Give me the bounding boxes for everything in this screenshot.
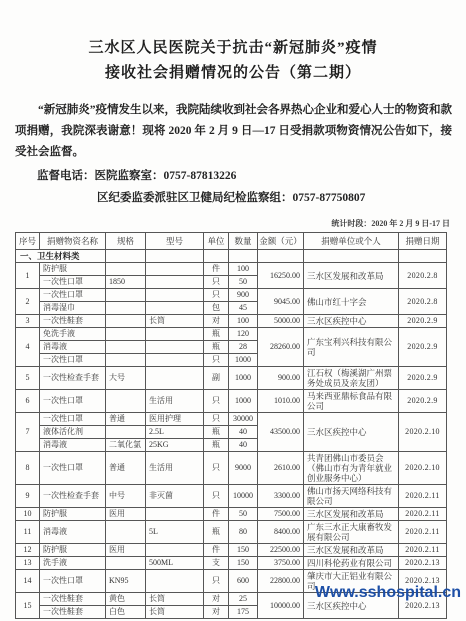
cell-date: 2020.2.8 bbox=[399, 289, 447, 315]
empty-cell bbox=[106, 250, 146, 263]
cell-item-name: 一次性鞋套 bbox=[40, 593, 106, 606]
cell-qty: 175 bbox=[229, 606, 258, 619]
header-cell: 捐赠日期 bbox=[399, 233, 447, 250]
cell-donor: 佛山市扬天网络科技有限公司 bbox=[304, 485, 399, 508]
header-cell: 捐赠单位或个人 bbox=[304, 233, 399, 250]
cell-date: 2020.2.9 bbox=[399, 328, 447, 367]
table-row: 7一次性口罩普通医用护理只3000043500.00三水区疾控中心2020.2.… bbox=[16, 413, 447, 426]
cell-amount: 16250.00 bbox=[258, 263, 304, 289]
cell-item-name: 一次性口罩 bbox=[40, 570, 106, 593]
cell-unit: 包 bbox=[204, 302, 229, 315]
table-row: 10防护服医用件507500.00三水区发展和改革局2020.2.11 bbox=[16, 508, 447, 521]
cell-amount: 28260.00 bbox=[258, 328, 304, 367]
intro-paragraph: “新冠肺炎”疫情发生以来，我院陆续收到社会各界热心企业和爱心人士的物资和款项捐赠… bbox=[15, 100, 452, 163]
empty-cell bbox=[258, 250, 304, 263]
cell-no: 2 bbox=[16, 289, 40, 315]
category-row: 一、卫生材料类 bbox=[16, 250, 447, 263]
cell-unit: 只 bbox=[204, 289, 229, 302]
cell-qty: 50 bbox=[229, 508, 258, 521]
cell-unit: 副 bbox=[204, 367, 229, 390]
table-row: 9一次性检查手套中号非灭菌只100003300.00佛山市扬天网络科技有限公司2… bbox=[16, 485, 447, 508]
cell-spec: 大号 bbox=[106, 367, 146, 390]
cell-item-name: 液体活化剂 bbox=[40, 426, 106, 439]
cell-item-name: 消毒湿巾 bbox=[40, 302, 106, 315]
cell-qty: 50 bbox=[229, 276, 258, 289]
cell-spec: 二氧化氯 bbox=[106, 439, 146, 452]
cell-no: 3 bbox=[16, 315, 40, 328]
cell-spec: 普通 bbox=[106, 413, 146, 426]
cell-spec bbox=[106, 289, 146, 302]
cell-qty: 100 bbox=[229, 315, 258, 328]
cell-amount: 7500.00 bbox=[258, 508, 304, 521]
cell-qty: 150 bbox=[229, 557, 258, 570]
cell-spec bbox=[106, 341, 146, 354]
cell-item-name: 一次性口罩 bbox=[40, 354, 106, 367]
cell-item-name: 一次性口罩 bbox=[40, 390, 106, 413]
cell-date: 2020.2.11 bbox=[399, 508, 447, 521]
cell-no: 11 bbox=[16, 521, 40, 544]
cell-amount: 900.00 bbox=[258, 367, 304, 390]
cell-spec bbox=[106, 521, 146, 544]
cell-model: 2.5L bbox=[146, 426, 204, 439]
cell-model bbox=[146, 289, 204, 302]
cell-spec bbox=[106, 354, 146, 367]
cell-item-name: 消毒液 bbox=[40, 341, 106, 354]
cell-model: 生活用 bbox=[146, 390, 204, 413]
cell-item-name: 一次性鞋套 bbox=[40, 606, 106, 619]
cell-spec: 普通 bbox=[106, 452, 146, 485]
cell-model bbox=[146, 354, 204, 367]
category-cell: 一、卫生材料类 bbox=[16, 250, 106, 263]
header-cell: 金额（元） bbox=[258, 233, 304, 250]
cell-unit: 只 bbox=[204, 390, 229, 413]
cell-donor: 江石权（梅溪湖广州票务处成员及亲友团） bbox=[304, 367, 399, 390]
cell-unit: 瓶 bbox=[204, 341, 229, 354]
cell-item-name: 防护服 bbox=[40, 508, 106, 521]
announcement-page: 三水区人民医院关于抗击“新冠肺炎”疫情 接收社会捐赠情况的公告（第二期） “新冠… bbox=[0, 0, 466, 621]
cell-amount: 5000.00 bbox=[258, 315, 304, 328]
cell-date: 2020.2.11 bbox=[399, 485, 447, 508]
cell-qty: 30000 bbox=[229, 413, 258, 426]
cell-unit: 件 bbox=[204, 508, 229, 521]
cell-donor: 三水区疾控中心 bbox=[304, 413, 399, 452]
cell-date: 2020.2.10 bbox=[399, 413, 447, 452]
supervision-phone-line-2: 区纪委监委派驻区卫健局纪检监察组：0757-87750807 bbox=[97, 188, 452, 209]
cell-qty: 45 bbox=[229, 302, 258, 315]
cell-spec bbox=[106, 328, 146, 341]
cell-unit: 瓶 bbox=[204, 439, 229, 452]
cell-item-name: 一次性口罩 bbox=[40, 452, 106, 485]
cell-date: 2020.2.9 bbox=[399, 390, 447, 413]
cell-model bbox=[146, 367, 204, 390]
cell-unit: 只 bbox=[204, 570, 229, 593]
cell-item-name: 消毒液 bbox=[40, 439, 106, 452]
header-cell: 序号 bbox=[16, 233, 40, 250]
cell-no: 12 bbox=[16, 544, 40, 557]
cell-no: 10 bbox=[16, 508, 40, 521]
cell-spec: 1850 bbox=[106, 276, 146, 289]
cell-unit: 件 bbox=[204, 544, 229, 557]
header-cell: 捐赠物资名称 bbox=[40, 233, 106, 250]
cell-spec: 医用 bbox=[106, 544, 146, 557]
cell-unit: 对 bbox=[204, 315, 229, 328]
cell-item-name: 免洗手液 bbox=[40, 328, 106, 341]
table-row: 5一次性检查手套大号副1000900.00江石权（梅溪湖广州票务处成员及亲友团）… bbox=[16, 367, 447, 390]
cell-model bbox=[146, 302, 204, 315]
title-line-1: 三水区人民医院关于抗击“新冠肺炎”疫情 bbox=[0, 36, 466, 61]
cell-qty: 900 bbox=[229, 289, 258, 302]
cell-spec: 医用 bbox=[106, 508, 146, 521]
cell-model bbox=[146, 328, 204, 341]
cell-date: 2020.2.11 bbox=[399, 521, 447, 544]
table-row: 4免洗手液瓶12028260.00广东宝利兴科技有限公司2020.2.9 bbox=[16, 328, 447, 341]
table-header-row: 序号捐赠物资名称规格型号单位数量金额（元）捐赠单位或个人捐赠日期 bbox=[16, 233, 447, 250]
cell-model: 500ML bbox=[146, 557, 204, 570]
header-cell: 单位 bbox=[204, 233, 229, 250]
supervision-phone-line-1: 监督电话：医院监察室：0757-87813226 bbox=[37, 166, 452, 187]
cell-unit: 瓶 bbox=[204, 328, 229, 341]
cell-donor: 三水区发展和改革局 bbox=[304, 508, 399, 521]
cell-date: 2020.2.9 bbox=[399, 367, 447, 390]
cell-model: 长筒 bbox=[146, 315, 204, 328]
cell-item-name: 消毒液 bbox=[40, 521, 106, 544]
cell-item-name: 防护服 bbox=[40, 263, 106, 276]
cell-qty: 10000 bbox=[229, 485, 258, 508]
cell-qty: 1000 bbox=[229, 367, 258, 390]
cell-item-name: 一次性口罩 bbox=[40, 413, 106, 426]
cell-amount: 9045.00 bbox=[258, 289, 304, 315]
cell-spec bbox=[106, 315, 146, 328]
cell-unit: 只 bbox=[204, 354, 229, 367]
cell-no: 13 bbox=[16, 557, 40, 570]
cell-unit: 只 bbox=[204, 276, 229, 289]
cell-item-name: 一次性鞋套 bbox=[40, 315, 106, 328]
cell-model: 生活用 bbox=[146, 452, 204, 485]
cell-model bbox=[146, 263, 204, 276]
cell-qty: 100 bbox=[229, 263, 258, 276]
hospital-website-watermark: Www.sshospital.cn bbox=[315, 584, 461, 602]
cell-unit: 只 bbox=[204, 485, 229, 508]
cell-no: 14 bbox=[16, 570, 40, 593]
cell-item-name: 防护服 bbox=[40, 544, 106, 557]
cell-model bbox=[146, 341, 204, 354]
cell-spec: 黄色 bbox=[106, 593, 146, 606]
table-row: 3一次性鞋套长筒对1005000.00三水区疾控中心2020.2.9 bbox=[16, 315, 447, 328]
cell-model bbox=[146, 570, 204, 593]
header-cell: 型号 bbox=[146, 233, 204, 250]
empty-cell bbox=[204, 250, 229, 263]
cell-amount: 1010.00 bbox=[258, 390, 304, 413]
cell-spec bbox=[106, 426, 146, 439]
table-row: 6一次性口罩生活用只10001010.00马来西亚鼎标食品有限公司2020.2.… bbox=[16, 390, 447, 413]
cell-date: 2020.2.13 bbox=[399, 557, 447, 570]
cell-no: 15 bbox=[16, 593, 40, 619]
cell-unit: 只 bbox=[204, 452, 229, 485]
cell-qty: 1000 bbox=[229, 390, 258, 413]
statistics-period: 统计时段：2020 年 2 月 9 日-17 日 bbox=[0, 218, 450, 229]
cell-spec: KN95 bbox=[106, 570, 146, 593]
header-cell: 规格 bbox=[106, 233, 146, 250]
cell-unit: 件 bbox=[204, 263, 229, 276]
cell-amount: 2610.00 bbox=[258, 452, 304, 485]
cell-qty: 80 bbox=[229, 521, 258, 544]
cell-model: 5L bbox=[146, 521, 204, 544]
cell-unit: 支 bbox=[204, 557, 229, 570]
cell-amount: 22800.00 bbox=[258, 570, 304, 593]
cell-unit: 瓶 bbox=[204, 521, 229, 544]
cell-date: 2020.2.8 bbox=[399, 263, 447, 289]
cell-spec bbox=[106, 557, 146, 570]
cell-donor: 广东宝利兴科技有限公司 bbox=[304, 328, 399, 367]
cell-spec bbox=[106, 390, 146, 413]
donation-table: 序号捐赠物资名称规格型号单位数量金额（元）捐赠单位或个人捐赠日期 一、卫生材料类… bbox=[15, 232, 447, 619]
table-row: 13洗手液500ML支1503750.00四川科伦药业有限公司2020.2.13 bbox=[16, 557, 447, 570]
empty-cell bbox=[229, 250, 258, 263]
cell-unit: 只 bbox=[204, 413, 229, 426]
cell-amount: 3300.00 bbox=[258, 485, 304, 508]
cell-item-name: 一次性口罩 bbox=[40, 289, 106, 302]
cell-amount: 10000.00 bbox=[258, 593, 304, 619]
cell-qty: 40 bbox=[229, 426, 258, 439]
cell-amount: 3750.00 bbox=[258, 557, 304, 570]
cell-qty: 9000 bbox=[229, 452, 258, 485]
cell-donor: 四川科伦药业有限公司 bbox=[304, 557, 399, 570]
cell-donor: 佛山市红十字会 bbox=[304, 289, 399, 315]
cell-model bbox=[146, 276, 204, 289]
table-row: 12防护服医用件15022500.00三水区发展和改革局2020.2.11 bbox=[16, 544, 447, 557]
cell-no: 9 bbox=[16, 485, 40, 508]
cell-no: 1 bbox=[16, 263, 40, 289]
cell-spec bbox=[106, 302, 146, 315]
cell-amount: 8400.00 bbox=[258, 521, 304, 544]
cell-item-name: 一次性检查手套 bbox=[40, 485, 106, 508]
cell-amount: 22500.00 bbox=[258, 544, 304, 557]
cell-item-name: 洗手液 bbox=[40, 557, 106, 570]
cell-no: 8 bbox=[16, 452, 40, 485]
cell-item-name: 一次性检查手套 bbox=[40, 367, 106, 390]
cell-qty: 1000 bbox=[229, 354, 258, 367]
cell-donor: 马来西亚鼎标食品有限公司 bbox=[304, 390, 399, 413]
cell-model: 25KG bbox=[146, 439, 204, 452]
cell-unit: 瓶 bbox=[204, 426, 229, 439]
cell-model: 非灭菌 bbox=[146, 485, 204, 508]
cell-model: 长筒 bbox=[146, 606, 204, 619]
cell-qty: 25 bbox=[229, 593, 258, 606]
cell-model bbox=[146, 544, 204, 557]
cell-date: 2020.2.11 bbox=[399, 544, 447, 557]
cell-date: 2020.2.10 bbox=[399, 452, 447, 485]
cell-qty: 120 bbox=[229, 328, 258, 341]
cell-spec: 中号 bbox=[106, 485, 146, 508]
cell-spec bbox=[106, 263, 146, 276]
cell-qty: 150 bbox=[229, 544, 258, 557]
cell-model: 长筒 bbox=[146, 593, 204, 606]
table-row: 2一次性口罩只9009045.00佛山市红十字会2020.2.8 bbox=[16, 289, 447, 302]
cell-donor: 广东三水正大康畜牧发展有限公司 bbox=[304, 521, 399, 544]
cell-qty: 28 bbox=[229, 341, 258, 354]
cell-unit: 对 bbox=[204, 606, 229, 619]
cell-item-name: 一次性口罩 bbox=[40, 276, 106, 289]
cell-no: 5 bbox=[16, 367, 40, 390]
table-row: 8一次性口罩普通生活用只90002610.00共青团佛山市委员会（佛山市有为青年… bbox=[16, 452, 447, 485]
cell-donor: 共青团佛山市委员会（佛山市有为青年就业创业服务中心） bbox=[304, 452, 399, 485]
cell-qty: 600 bbox=[229, 570, 258, 593]
cell-donor: 三水区发展和改革局 bbox=[304, 263, 399, 289]
cell-unit: 对 bbox=[204, 593, 229, 606]
cell-donor: 三水区疾控中心 bbox=[304, 315, 399, 328]
cell-no: 7 bbox=[16, 413, 40, 452]
cell-model: 医用护理 bbox=[146, 413, 204, 426]
empty-cell bbox=[304, 250, 399, 263]
empty-cell bbox=[146, 250, 204, 263]
cell-donor: 三水区发展和改革局 bbox=[304, 544, 399, 557]
table-row: 1防护服件10016250.00三水区发展和改革局2020.2.8 bbox=[16, 263, 447, 276]
cell-no: 4 bbox=[16, 328, 40, 367]
cell-spec: 白色 bbox=[106, 606, 146, 619]
table-body: 一、卫生材料类1防护服件10016250.00三水区发展和改革局2020.2.8… bbox=[16, 250, 447, 619]
page-title: 三水区人民医院关于抗击“新冠肺炎”疫情 接收社会捐赠情况的公告（第二期） bbox=[0, 36, 466, 86]
cell-amount: 43500.00 bbox=[258, 413, 304, 452]
empty-cell bbox=[399, 250, 447, 263]
cell-qty: 40 bbox=[229, 439, 258, 452]
cell-model bbox=[146, 508, 204, 521]
cell-date: 2020.2.9 bbox=[399, 315, 447, 328]
header-cell: 数量 bbox=[229, 233, 258, 250]
cell-no: 6 bbox=[16, 390, 40, 413]
table-row: 11消毒液5L瓶808400.00广东三水正大康畜牧发展有限公司2020.2.1… bbox=[16, 521, 447, 544]
title-line-2: 接收社会捐赠情况的公告（第二期） bbox=[0, 61, 466, 86]
